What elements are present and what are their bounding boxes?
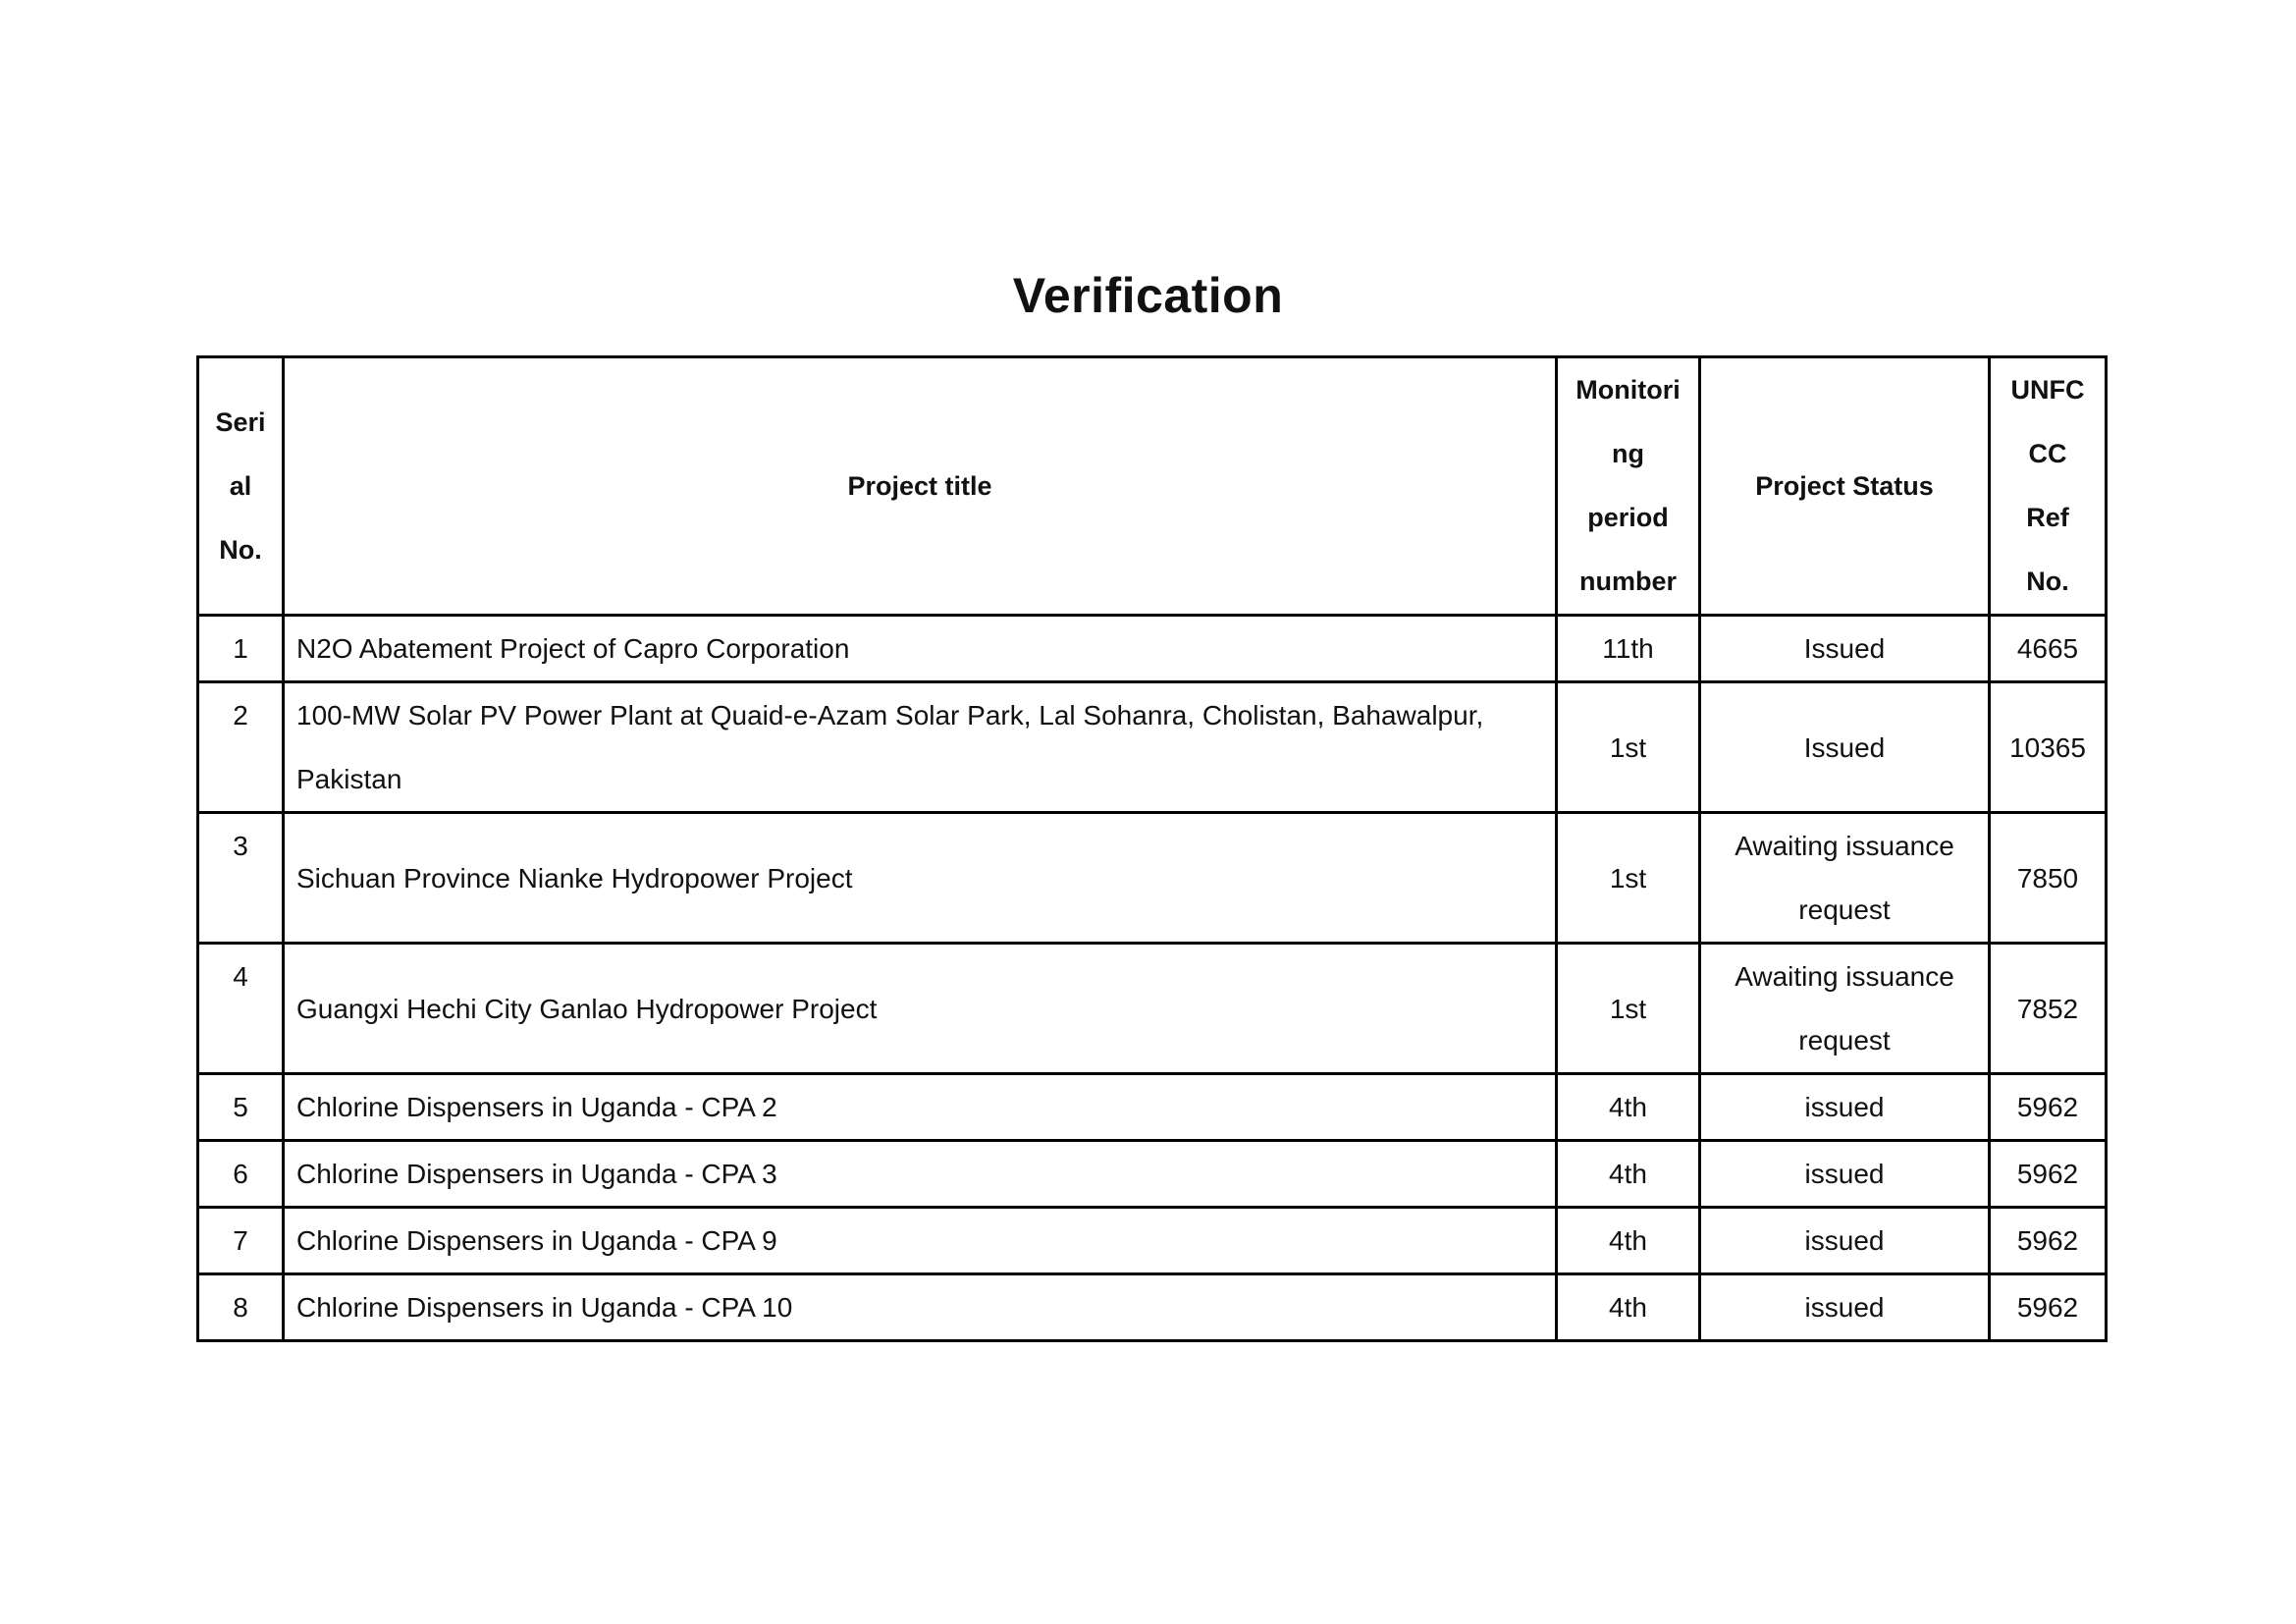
cell-monitoring-period: 1st xyxy=(1557,813,1700,944)
cell-unfccc-ref: 5962 xyxy=(1990,1208,2107,1274)
header-monitoring-period: Monitori ng period number xyxy=(1557,357,1700,616)
table-row: 3 Sichuan Province Nianke Hydropower Pro… xyxy=(198,813,2107,944)
cell-unfccc-ref: 5962 xyxy=(1990,1274,2107,1341)
cell-project-title: 100-MW Solar PV Power Plant at Quaid-e-A… xyxy=(284,682,1557,813)
cell-project-status: Awaiting issuance request xyxy=(1700,813,1990,944)
header-unfccc-ref: UNFC CC Ref No. xyxy=(1990,357,2107,616)
cell-project-title: Chlorine Dispensers in Uganda - CPA 9 xyxy=(284,1208,1557,1274)
cell-monitoring-period: 4th xyxy=(1557,1141,1700,1208)
table-row: 7 Chlorine Dispensers in Uganda - CPA 9 … xyxy=(198,1208,2107,1274)
cell-project-title: Chlorine Dispensers in Uganda - CPA 2 xyxy=(284,1074,1557,1141)
cell-project-status: Awaiting issuance request xyxy=(1700,944,1990,1074)
table-row: 1 N2O Abatement Project of Capro Corpora… xyxy=(198,616,2107,682)
cell-unfccc-ref: 5962 xyxy=(1990,1141,2107,1208)
header-project-title: Project title xyxy=(284,357,1557,616)
cell-project-status: issued xyxy=(1700,1074,1990,1141)
cell-unfccc-ref: 5962 xyxy=(1990,1074,2107,1141)
cell-unfccc-ref: 10365 xyxy=(1990,682,2107,813)
cell-monitoring-period: 1st xyxy=(1557,944,1700,1074)
cell-serial: 2 xyxy=(198,682,284,813)
verification-table: Seri al No. Project title Monitori ng pe… xyxy=(196,355,2108,1342)
cell-monitoring-period: 4th xyxy=(1557,1074,1700,1141)
page-title: Verification xyxy=(0,267,2296,324)
cell-monitoring-period: 4th xyxy=(1557,1274,1700,1341)
header-project-status: Project Status xyxy=(1700,357,1990,616)
cell-monitoring-period: 11th xyxy=(1557,616,1700,682)
cell-serial: 6 xyxy=(198,1141,284,1208)
cell-project-title: Chlorine Dispensers in Uganda - CPA 3 xyxy=(284,1141,1557,1208)
table-header-row: Seri al No. Project title Monitori ng pe… xyxy=(198,357,2107,616)
table-row: 4 Guangxi Hechi City Ganlao Hydropower P… xyxy=(198,944,2107,1074)
table-row: 5 Chlorine Dispensers in Uganda - CPA 2 … xyxy=(198,1074,2107,1141)
header-serial-no: Seri al No. xyxy=(198,357,284,616)
cell-serial: 4 xyxy=(198,944,284,1074)
cell-project-title: Chlorine Dispensers in Uganda - CPA 10 xyxy=(284,1274,1557,1341)
cell-project-status: issued xyxy=(1700,1208,1990,1274)
cell-project-status: issued xyxy=(1700,1141,1990,1208)
table-row: 6 Chlorine Dispensers in Uganda - CPA 3 … xyxy=(198,1141,2107,1208)
cell-unfccc-ref: 7850 xyxy=(1990,813,2107,944)
cell-unfccc-ref: 7852 xyxy=(1990,944,2107,1074)
cell-serial: 5 xyxy=(198,1074,284,1141)
cell-monitoring-period: 1st xyxy=(1557,682,1700,813)
cell-monitoring-period: 4th xyxy=(1557,1208,1700,1274)
cell-project-status: Issued xyxy=(1700,682,1990,813)
cell-unfccc-ref: 4665 xyxy=(1990,616,2107,682)
cell-project-status: Issued xyxy=(1700,616,1990,682)
cell-project-title: Guangxi Hechi City Ganlao Hydropower Pro… xyxy=(284,944,1557,1074)
cell-serial: 8 xyxy=(198,1274,284,1341)
table-row: 8 Chlorine Dispensers in Uganda - CPA 10… xyxy=(198,1274,2107,1341)
cell-serial: 3 xyxy=(198,813,284,944)
cell-project-status: issued xyxy=(1700,1274,1990,1341)
table-row: 2 100-MW Solar PV Power Plant at Quaid-e… xyxy=(198,682,2107,813)
cell-project-title: Sichuan Province Nianke Hydropower Proje… xyxy=(284,813,1557,944)
cell-project-title: N2O Abatement Project of Capro Corporati… xyxy=(284,616,1557,682)
cell-serial: 7 xyxy=(198,1208,284,1274)
cell-serial: 1 xyxy=(198,616,284,682)
